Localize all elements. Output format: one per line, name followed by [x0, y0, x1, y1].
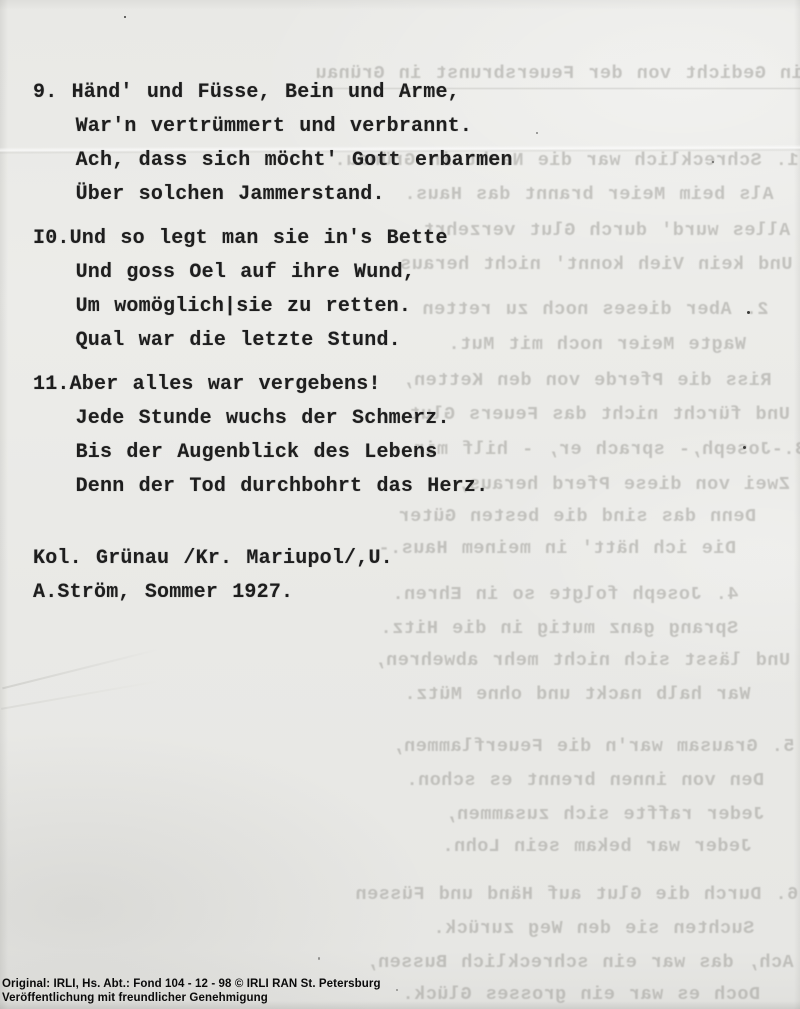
paper-speck	[396, 989, 398, 991]
paper-speck	[124, 16, 126, 18]
verso-ghost-line: Jeder war bekam sein Lohn.	[442, 837, 752, 857]
poem-line: Denn der Tod durchbohrt das Herz.	[33, 470, 488, 504]
verso-ghost-line: 5. Grausam war'n die Feuerflammen,	[392, 737, 794, 757]
verso-ghost-line: 4. Joseph folgte so in Ehren.	[392, 585, 738, 605]
poem-stanza: 9. Händ' und Füsse, Bein und Arme, War'n…	[33, 76, 513, 212]
paper-speck	[536, 132, 538, 134]
poem-line: Jede Stunde wuchs der Schmerz.	[33, 402, 488, 436]
poem-line: Über solchen Jammerstand.	[33, 178, 513, 212]
poem-line: War'n vertrümmert und verbrannt.	[33, 110, 513, 144]
poem-line: Bis der Augenblick des Lebens	[33, 436, 488, 470]
archival-credit-line2: Veröffentlichung mit freundlicher Genehm…	[2, 992, 381, 1006]
verso-ghost-line: Die ich hätt' in meinem Haus.-	[378, 539, 736, 559]
signature-line: Kol. Grünau /Kr. Mariupol/,U.	[33, 542, 393, 576]
poem-line: Ach, dass sich möcht' Gott erbarmen	[33, 144, 513, 178]
verso-ghost-line: Suchten sie den Weg zurück.	[433, 919, 754, 939]
verso-ghost-line: Denn das sind die besten Güter	[398, 507, 756, 527]
verso-ghost-line: Jeder raffte sich zusammen,	[445, 805, 764, 825]
archival-credit: Original: IRLI, Hs. Abt.: Fond 104 - 12 …	[2, 978, 381, 1005]
verso-ghost-line: Den von innen brennt es schon.	[406, 771, 764, 791]
poem-stanza: 11.Aber alles war vergebens! Jede Stunde…	[33, 368, 488, 504]
verso-ghost-line: 6. Durch die Glut auf Händ und Füssen	[355, 885, 798, 905]
signature-line: A.Ström, Sommer 1927.	[33, 576, 393, 610]
verso-ghost-line: Alles wurd' durch Glut verzehrt,	[411, 221, 790, 241]
poem-line: 11.Aber alles war vergebens!	[33, 368, 488, 402]
verso-ghost-line: War halb nackt und ohne Mütz.	[404, 685, 750, 705]
signature-lines: Kol. Grünau /Kr. Mariupol/,U.A.Ström, So…	[33, 542, 393, 610]
paper-speck	[318, 957, 320, 960]
verso-ghost-line: Sprang ganz mutig in die Hitz.	[380, 619, 738, 639]
verso-ghost-line: Und kein Vieh konnt' nicht heraus.	[388, 255, 792, 275]
verso-ghost-line: Und lässt sich nicht mehr abwehren,	[374, 651, 790, 671]
poem-line: 9. Händ' und Füsse, Bein und Arme,	[33, 76, 513, 110]
corner-crease	[2, 649, 158, 690]
poem-stanza: I0.Und so legt man sie in's Bette Und go…	[33, 222, 448, 358]
poem-line: Um womöglich|sie zu retten.	[33, 290, 448, 324]
archival-credit-line1: Original: IRLI, Hs. Abt.: Fond 104 - 12 …	[2, 978, 381, 992]
poem-line: I0.Und so legt man sie in's Bette	[33, 222, 448, 256]
verso-ghost-line: Wagte Meier noch mit Mut.	[448, 335, 746, 355]
verso-ghost-line: Zwei von diese Pferd heraus,	[457, 475, 790, 495]
verso-ghost-line: Ach, das war ein schrecklich Bussen,	[366, 953, 794, 973]
poem-line: Und goss Oel auf ihre Wund,	[33, 256, 448, 290]
poem-line: Qual war die letzte Stund.	[33, 324, 448, 358]
corner-crease	[1, 680, 159, 710]
verso-ghost-line: 2. Aber dieses noch zu retten	[422, 300, 768, 320]
verso-ghost-line: Doch es war ein grosses Glück.	[402, 985, 760, 1005]
scanned-document-page: Ein Gedicht von der Feuersbrunst in Grün…	[0, 0, 800, 1009]
